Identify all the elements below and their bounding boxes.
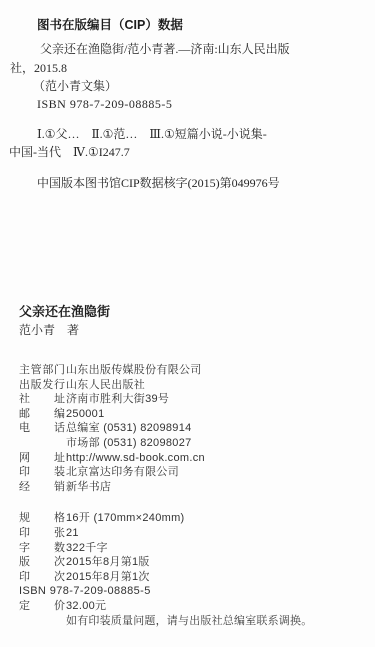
colophon-label: 电 话 — [19, 421, 65, 436]
colophon-row-price: 定 价32.00元 — [19, 599, 359, 614]
colophon-block: 主管部门山东出版传媒股份有限公司 出版发行山东人民出版社 社 址济南市胜利大街3… — [19, 363, 359, 628]
colophon-value: 山东出版传媒股份有限公司 — [65, 363, 202, 378]
cip-header: 图书在版编目（CIP）数据 — [37, 18, 183, 32]
colophon-label: 印 张 — [19, 526, 65, 541]
colophon-value: 2015年8月第1版 — [65, 555, 150, 570]
colophon-row-publisher: 出版发行山东人民出版社 — [19, 378, 359, 393]
colophon-label: 版 次 — [19, 555, 65, 570]
colophon-isbn: ISBN 978-7-209-08885-5 — [19, 584, 359, 599]
colophon-value: 250001 — [65, 407, 105, 422]
colophon-value: 市场部 (0531) 82098027 — [65, 436, 192, 451]
colophon-label: 印 装 — [19, 465, 65, 480]
colophon-value: 21 — [65, 526, 79, 541]
book-title: 父亲还在渔隐街 — [19, 304, 110, 319]
colophon-label: 印 次 — [19, 570, 65, 585]
colophon-value: 总编室 (0531) 82098914 — [65, 421, 192, 436]
book-author: 范小青 著 — [19, 323, 79, 337]
colophon-label: 规 格 — [19, 511, 65, 526]
colophon-row-supervisor: 主管部门山东出版传媒股份有限公司 — [19, 363, 359, 378]
colophon-value: 山东人民出版社 — [65, 378, 145, 393]
colophon-value: 32.00元 — [65, 599, 106, 614]
colophon-label: 字 数 — [19, 541, 65, 556]
colophon-value: 2015年8月第1次 — [65, 570, 150, 585]
colophon-label: 定 价 — [19, 599, 65, 614]
colophon-row-format: 规 格16开 (170mm×240mm) — [19, 511, 359, 526]
colophon-label: 社 址 — [19, 392, 65, 407]
colophon-row-wordcount: 字 数322千字 — [19, 541, 359, 556]
colophon-label: 邮 编 — [19, 407, 65, 422]
cip-record-number: 中国版本图书馆CIP数据核字(2015)第049976号 — [37, 176, 280, 190]
cip-entry-line1: 父亲还在渔隐街/范小青著.—济南:山东人民出版 — [40, 42, 290, 56]
colophon-row-phone: 电 话总编室 (0531) 82098914 — [19, 421, 359, 436]
colophon-label: 经 销 — [19, 480, 65, 495]
colophon-value: 济南市胜利大街39号 — [65, 392, 169, 407]
colophon-row-website: 网 址http://www.sd-book.com.cn — [19, 451, 359, 466]
colophon-row-printing: 印 次2015年8月第1次 — [19, 570, 359, 585]
colophon-value: http://www.sd-book.com.cn — [65, 451, 205, 466]
colophon-row-edition: 版 次2015年8月第1版 — [19, 555, 359, 570]
colophon-label: 网 址 — [19, 451, 65, 466]
cip-classification-line1: Ⅰ.①父… Ⅱ.①范… Ⅲ.①短篇小说-小说集- — [37, 127, 267, 141]
cip-entry-line2: 社，2015.8 — [10, 61, 67, 75]
colophon-label: 出版发行 — [19, 378, 65, 393]
colophon-row-postcode: 邮 编250001 — [19, 407, 359, 422]
colophon-value: 北京富达印务有限公司 — [65, 465, 179, 480]
colophon-value: 新华书店 — [65, 480, 111, 495]
quality-note: 如有印装质量问题，请与出版社总编室联系调换。 — [19, 614, 359, 629]
colophon-row-printer: 印 装北京富达印务有限公司 — [19, 465, 359, 480]
colophon-row-distributor: 经 销新华书店 — [19, 480, 359, 495]
book-copyright-page: { "cip": { "header": "图书在版编目（CIP）数据", "e… — [0, 0, 375, 647]
cip-series: （范小青文集） — [33, 79, 117, 93]
colophon-row-sheets: 印 张21 — [19, 526, 359, 541]
colophon-value: 16开 (170mm×240mm) — [65, 511, 185, 526]
colophon-row-phone2: 市场部 (0531) 82098027 — [19, 436, 359, 451]
colophon-label: 主管部门 — [19, 363, 65, 378]
cip-classification-line2: 中国-当代 Ⅳ.①I247.7 — [9, 145, 130, 159]
colophon-row-address: 社 址济南市胜利大街39号 — [19, 392, 359, 407]
cip-isbn: ISBN 978-7-209-08885-5 — [37, 97, 172, 111]
colophon-value: 322千字 — [65, 541, 108, 556]
